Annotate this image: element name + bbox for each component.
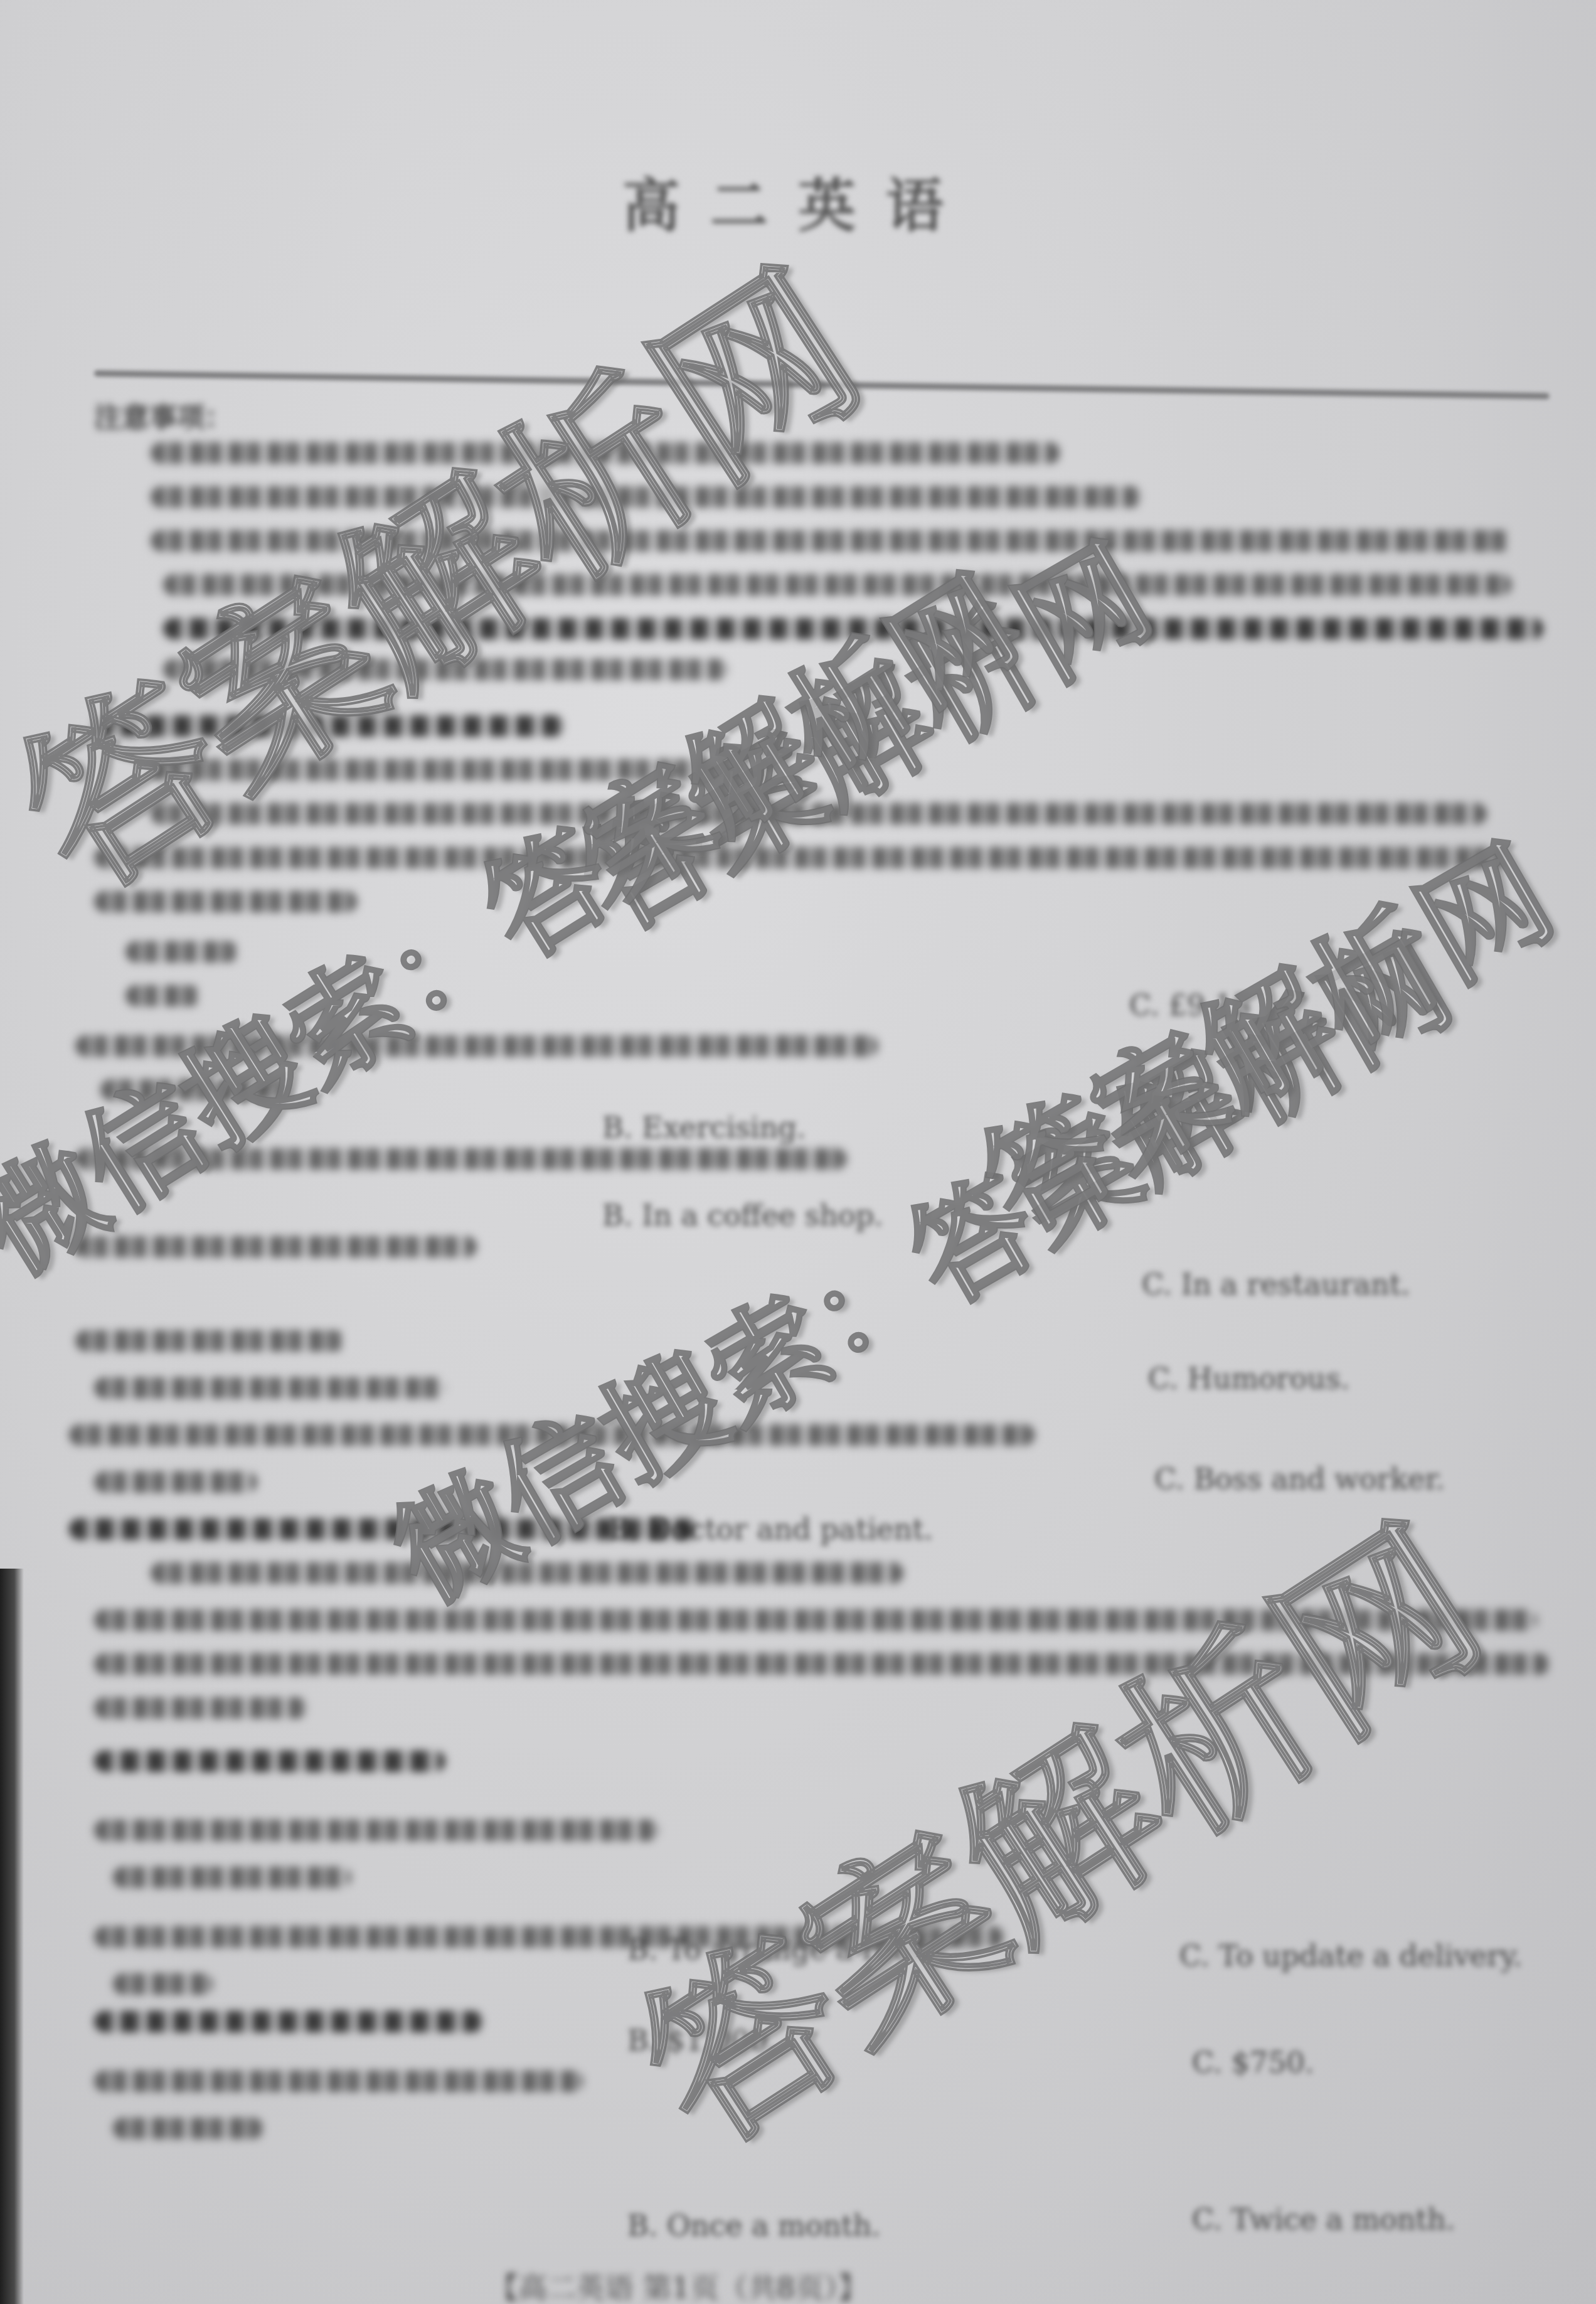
option: B. Once a month. (627, 2209, 881, 2243)
text-line (125, 985, 201, 1006)
question-text (94, 1820, 659, 1841)
option: C. Twice a month. (1192, 2202, 1455, 2236)
option (94, 1471, 257, 1493)
option (94, 1377, 445, 1399)
text-line (94, 1697, 307, 1719)
option: C. $750. (1192, 2045, 1314, 2079)
option (113, 2118, 263, 2139)
option: C. Boss and worker. (1154, 1462, 1445, 1496)
text-line (94, 2011, 483, 2032)
question-text (75, 1330, 345, 1352)
paper-edge-shadow (0, 1569, 24, 2304)
question-text (94, 2071, 583, 2092)
option (113, 1973, 213, 1995)
page-title: 高二英语 (0, 160, 1596, 243)
option (113, 1867, 351, 1888)
notice-label: 注意事项： (94, 395, 232, 435)
option: B. Exercising. (602, 1111, 806, 1144)
option: C. Humorous. (1148, 1362, 1349, 1395)
page-footer: 【高二英语 第1页（共8页）】 (489, 2265, 867, 2304)
option: C. To update a delivery. (1179, 1939, 1522, 1973)
text-line (125, 941, 238, 963)
option: C. In a restaurant. (1142, 1267, 1410, 1301)
text-line (94, 1751, 445, 1772)
